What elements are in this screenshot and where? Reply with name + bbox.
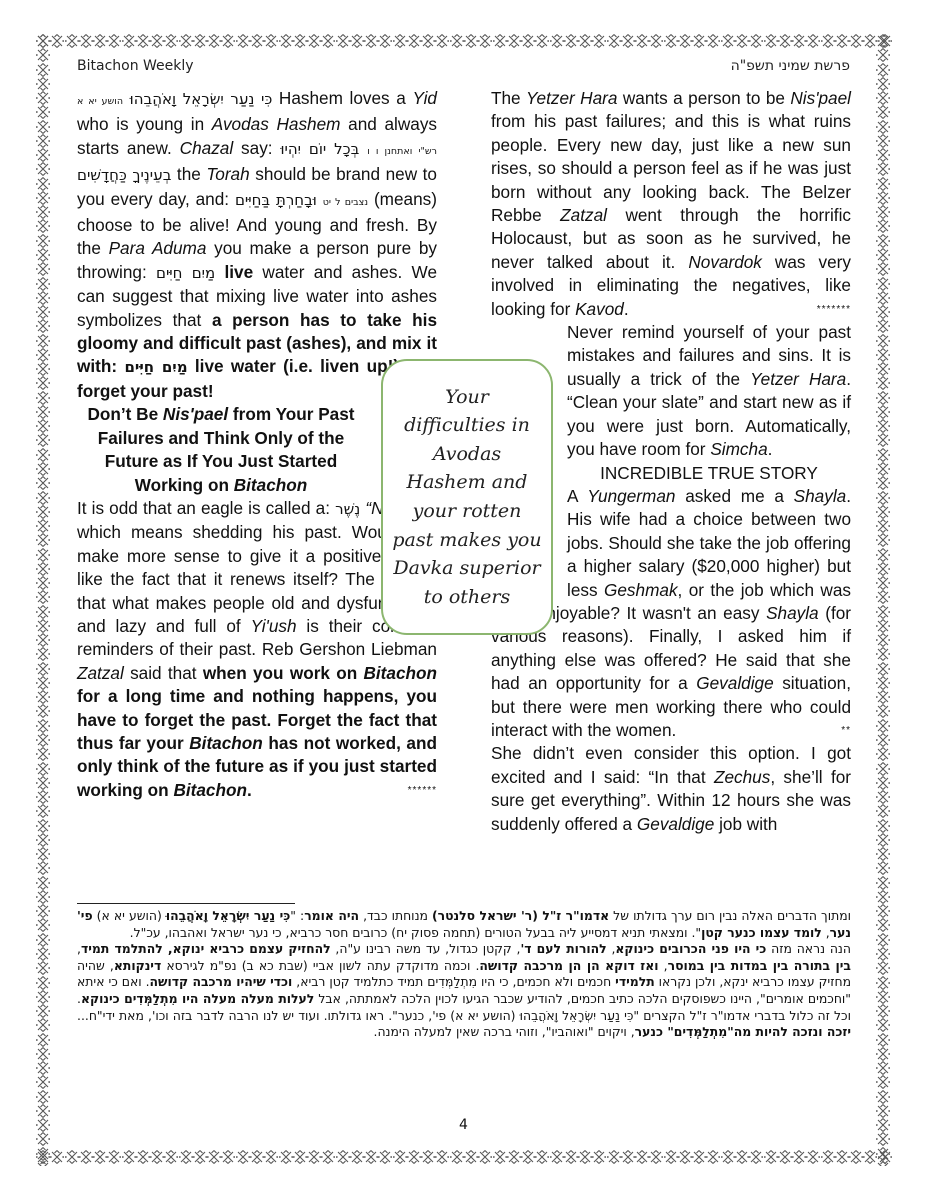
italic-term: Zatzal (77, 663, 124, 683)
border-knot-icon (764, 34, 778, 48)
border-knot-icon (36, 319, 50, 333)
italic-term: Yungerman (587, 486, 675, 506)
border-knot-icon (36, 362, 50, 376)
border-knot-icon (876, 562, 890, 576)
border-knot-icon (36, 291, 50, 305)
border-knot-icon (336, 1150, 350, 1164)
border-knot-icon (493, 1150, 507, 1164)
bold-text: היה אומר (304, 908, 359, 923)
border-knot-icon (307, 34, 321, 48)
border-knot-icon (849, 34, 863, 48)
bold-text: לעלות מעלה מעלה היו מִתְלַמְּדִים כינוקא (81, 991, 314, 1006)
border-knot-icon (876, 1161, 890, 1166)
italic-term: Nis'pael (163, 404, 228, 424)
intro-paragraph: הושע יא א כִּי נַעַר יִשְׂרָאֵל וָאֹהֲבֵ… (77, 87, 437, 403)
border-knot-icon (107, 34, 121, 48)
border-knot-icon (307, 1150, 321, 1164)
footnote-2: הנה נראה מזה כי היו פני הכרובים כינוקא, … (77, 941, 851, 1041)
footnote-1: ומתוך הדברים האלה נבין רום ערך גדולתו של… (77, 908, 851, 941)
border-knot-icon (876, 77, 890, 91)
border-knot-icon (350, 1150, 364, 1164)
border-knot-icon (36, 819, 50, 833)
text: A (567, 486, 587, 506)
border-knot-icon (876, 662, 890, 676)
italic-term: Zatzal (560, 205, 607, 225)
page-border-top (36, 34, 892, 50)
border-knot-icon (876, 704, 890, 718)
border-knot-icon (493, 34, 507, 48)
border-knot-icon (764, 1150, 778, 1164)
bold-text: בין בתורה בין במדות בין במוסר (668, 958, 851, 973)
border-knot-icon (164, 34, 178, 48)
border-knot-icon (36, 1147, 50, 1161)
border-knot-icon (279, 34, 293, 48)
border-knot-icon (250, 1150, 264, 1164)
border-knot-icon (464, 1150, 478, 1164)
border-knot-icon (36, 162, 50, 176)
border-knot-icon (876, 419, 890, 433)
border-knot-icon (678, 1150, 692, 1164)
border-knot-icon (735, 1150, 749, 1164)
text: wants a person to be (617, 88, 790, 108)
border-knot-icon (36, 48, 50, 62)
border-knot-icon (321, 34, 335, 48)
border-knot-icon (649, 34, 663, 48)
border-knot-icon (806, 1150, 820, 1164)
border-knot-icon (36, 105, 50, 119)
border-knot-icon (36, 562, 50, 576)
border-knot-icon (507, 1150, 521, 1164)
bold-text: תלמידי (615, 974, 655, 989)
border-knot-icon (876, 405, 890, 419)
italic-term: Shayla (794, 486, 847, 506)
border-knot-icon (876, 861, 890, 875)
border-knot-icon (250, 34, 264, 48)
border-knot-icon (36, 1161, 50, 1166)
border-knot-icon (876, 633, 890, 647)
border-knot-icon (876, 319, 890, 333)
border-knot-icon (876, 533, 890, 547)
border-knot-icon (36, 191, 50, 205)
border-knot-icon (821, 34, 835, 48)
border-knot-icon (36, 676, 50, 690)
border-knot-icon (778, 1150, 792, 1164)
border-knot-icon (193, 1150, 207, 1164)
text: הנה נראה מזה (766, 941, 851, 956)
border-knot-icon (876, 476, 890, 490)
border-knot-icon (876, 134, 890, 148)
border-knot-icon (36, 405, 50, 419)
text: : " (290, 908, 304, 923)
border-knot-icon (792, 34, 806, 48)
text: (הושע יא א) (93, 908, 166, 923)
text: , (659, 958, 668, 973)
border-knot-icon (50, 34, 64, 48)
border-knot-icon (876, 219, 890, 233)
border-knot-icon (876, 1147, 890, 1161)
border-knot-icon (293, 1150, 307, 1164)
bold-text: דינקותא (114, 958, 161, 973)
border-knot-icon (36, 277, 50, 291)
border-knot-icon (36, 976, 50, 990)
bold-text: . (247, 780, 252, 800)
text: Hashem loves a (272, 88, 412, 108)
text: . (768, 439, 773, 459)
border-knot-icon (264, 1150, 278, 1164)
border-knot-icon (36, 63, 50, 77)
border-knot-icon (876, 776, 890, 790)
border-knot-icon (876, 790, 890, 804)
border-knot-icon (65, 1150, 79, 1164)
border-knot-icon (36, 762, 50, 776)
footnote-separator (77, 903, 295, 904)
border-knot-icon (36, 662, 50, 676)
text: say: (233, 138, 280, 158)
border-knot-icon (876, 548, 890, 562)
border-knot-icon (36, 448, 50, 462)
border-knot-icon (36, 419, 50, 433)
border-knot-icon (706, 34, 720, 48)
border-knot-icon (36, 733, 50, 747)
border-knot-icon (36, 776, 50, 790)
footnotes: ומתוך הדברים האלה נבין רום ערך גדולתו של… (77, 908, 851, 1041)
text: , (822, 925, 830, 940)
bold-italic-term: Bitachon (189, 733, 263, 753)
bold-text: וכדי שיהיו מרכבה קדושה (150, 974, 293, 989)
border-knot-icon (876, 348, 890, 362)
border-knot-icon (221, 1150, 235, 1164)
border-knot-icon (876, 1075, 890, 1089)
border-knot-icon (421, 34, 435, 48)
section-divider-stars: ** (841, 719, 851, 742)
italic-term: Gevaldige (637, 814, 714, 834)
page-border-left (36, 34, 52, 1166)
border-knot-icon (36, 790, 50, 804)
border-knot-icon (550, 34, 564, 48)
text: job with (714, 814, 777, 834)
border-knot-icon (876, 448, 890, 462)
border-knot-icon (876, 262, 890, 276)
text: who is young in (77, 114, 212, 134)
border-knot-icon (578, 34, 592, 48)
border-knot-icon (876, 747, 890, 761)
border-knot-icon (36, 1075, 50, 1089)
border-knot-icon (876, 162, 890, 176)
border-knot-icon (36, 1090, 50, 1104)
border-knot-icon (36, 876, 50, 890)
border-knot-icon (36, 647, 50, 661)
border-knot-icon (221, 34, 235, 48)
border-knot-icon (876, 505, 890, 519)
border-knot-icon (393, 34, 407, 48)
border-knot-icon (364, 1150, 378, 1164)
border-knot-icon (364, 34, 378, 48)
source-citation: נצבים ל יט (323, 197, 368, 208)
italic-term: Avodas Hashem (212, 114, 341, 134)
border-knot-icon (36, 376, 50, 390)
border-knot-icon (36, 947, 50, 961)
border-knot-icon (36, 619, 50, 633)
border-knot-icon (36, 177, 50, 191)
italic-term: Yi'ush (251, 616, 297, 636)
border-knot-icon (336, 34, 350, 48)
border-knot-icon (36, 77, 50, 91)
italic-term: Nis'pael (790, 88, 851, 108)
border-knot-icon (36, 533, 50, 547)
border-knot-icon (207, 34, 221, 48)
border-knot-icon (36, 719, 50, 733)
border-knot-icon (564, 34, 578, 48)
text: . (624, 299, 629, 319)
border-knot-icon (535, 34, 549, 48)
border-knot-icon (150, 34, 164, 48)
border-knot-icon (876, 334, 890, 348)
border-knot-icon (36, 1132, 50, 1146)
bold-text: להחזיק עצמם כרביא ינוקא, להתלמד תמיד (81, 941, 331, 956)
border-knot-icon (36, 1033, 50, 1047)
border-knot-icon (876, 890, 890, 904)
border-knot-icon (876, 234, 890, 248)
border-knot-icon (876, 676, 890, 690)
border-knot-icon (36, 1047, 50, 1061)
border-knot-icon (36, 1061, 50, 1075)
italic-term: Gevaldige (696, 673, 773, 693)
border-knot-icon (721, 34, 735, 48)
italic-term: Yetzer Hara (750, 369, 846, 389)
text: said that (124, 663, 203, 683)
border-knot-icon (876, 433, 890, 447)
hebrew-verse: מַיִם חַיִּים (124, 358, 187, 376)
border-knot-icon (478, 34, 492, 48)
border-knot-icon (607, 34, 621, 48)
border-knot-icon (321, 1150, 335, 1164)
bold-italic-term: Bitachon (363, 663, 437, 683)
border-knot-icon (835, 34, 849, 48)
border-knot-icon (36, 433, 50, 447)
border-knot-icon (36, 804, 50, 818)
border-knot-icon (876, 590, 890, 604)
story-continuation-paragraph: She didn’t even consider this option. I … (491, 742, 851, 836)
border-knot-icon (293, 34, 307, 48)
border-knot-icon (79, 34, 93, 48)
source-citation: הושע יא א (77, 96, 123, 107)
border-knot-icon (876, 519, 890, 533)
border-knot-icon (876, 177, 890, 191)
border-knot-icon (876, 819, 890, 833)
italic-term: Simcha (710, 439, 767, 459)
border-knot-icon (876, 690, 890, 704)
border-knot-icon (592, 34, 606, 48)
hebrew-verse: מַיִם חַיִּים (156, 264, 215, 282)
border-knot-icon (36, 690, 50, 704)
bold-text: אדמו"ר ז"ל (ר' ישראל סלנטר) (432, 908, 609, 923)
text: Don’t Be (87, 404, 162, 424)
border-knot-icon (393, 1150, 407, 1164)
border-knot-icon (36, 134, 50, 148)
border-knot-icon (36, 348, 50, 362)
border-knot-icon (378, 34, 392, 48)
border-knot-icon (876, 1004, 890, 1018)
italic-term: Yetzer Hara (526, 88, 617, 108)
border-knot-icon (876, 120, 890, 134)
border-knot-icon (749, 34, 763, 48)
border-knot-icon (36, 34, 50, 48)
border-knot-icon (876, 1047, 890, 1061)
border-knot-icon (876, 362, 890, 376)
border-knot-icon (876, 876, 890, 890)
border-knot-icon (421, 1150, 435, 1164)
border-knot-icon (876, 619, 890, 633)
hebrew-verse: בְּכָל יוֹם יִהְיוּ (280, 140, 359, 158)
border-knot-icon (193, 34, 207, 48)
border-knot-icon (450, 1150, 464, 1164)
bold-text: להורות לעם ד' (520, 941, 606, 956)
border-knot-icon (876, 34, 890, 48)
border-knot-icon (876, 961, 890, 975)
border-knot-icon (93, 1150, 107, 1164)
border-knot-icon (122, 1150, 136, 1164)
border-knot-icon (876, 1061, 890, 1075)
italic-term: Torah (206, 164, 249, 184)
bold-text: ואז דוקא הן הן מרכבה קדושה (479, 958, 658, 973)
text: חכמים ולא חכמים, כי היו מִתְלַמְּדִים תמ… (292, 974, 615, 989)
border-knot-icon (835, 1150, 849, 1164)
border-knot-icon (207, 1150, 221, 1164)
border-knot-icon (876, 48, 890, 62)
border-knot-icon (876, 990, 890, 1004)
border-knot-icon (36, 961, 50, 975)
border-knot-icon (236, 34, 250, 48)
border-knot-icon (876, 976, 890, 990)
border-knot-icon (876, 391, 890, 405)
border-knot-icon (876, 491, 890, 505)
border-knot-icon (36, 262, 50, 276)
page-border-right (876, 34, 892, 1166)
pull-quote-text: Your difficulties in Avodas Hashem and y… (392, 383, 542, 612)
border-knot-icon (435, 1150, 449, 1164)
hebrew-word: נֶשֶׁר (335, 500, 360, 518)
border-knot-icon (535, 1150, 549, 1164)
border-knot-icon (136, 1150, 150, 1164)
border-knot-icon (407, 34, 421, 48)
border-knot-icon (806, 34, 820, 48)
border-knot-icon (279, 1150, 293, 1164)
yetzer-hara-paragraph: The Yetzer Hara wants a person to be Nis… (491, 87, 851, 321)
border-knot-icon (521, 1150, 535, 1164)
border-knot-icon (735, 34, 749, 48)
border-knot-icon (36, 704, 50, 718)
border-knot-icon (236, 1150, 250, 1164)
border-knot-icon (36, 904, 50, 918)
border-knot-icon (179, 34, 193, 48)
border-knot-icon (876, 576, 890, 590)
border-knot-icon (664, 34, 678, 48)
border-knot-icon (36, 391, 50, 405)
parsha-title: פרשת שמיני תשפ"ה (731, 58, 850, 74)
source-citation: רש"י ואתחנן ו ו (367, 146, 437, 157)
italic-term: Kavod (575, 299, 624, 319)
bold-text: לומד עצמו כנער קטן (701, 925, 822, 940)
border-knot-icon (36, 548, 50, 562)
text: the (171, 164, 206, 184)
border-knot-icon (36, 205, 50, 219)
border-knot-icon (635, 1150, 649, 1164)
border-knot-icon (778, 34, 792, 48)
text: ". ומצאתי תניא דמסייע ליה בבעל הטורים (ת… (130, 925, 702, 940)
border-knot-icon (876, 804, 890, 818)
text: , קקטן כגדול, עד משה רבינו ע"ה, (331, 941, 521, 956)
border-knot-icon (876, 91, 890, 105)
border-knot-icon (621, 1150, 635, 1164)
border-knot-icon (36, 519, 50, 533)
border-knot-icon (36, 462, 50, 476)
border-knot-icon (876, 148, 890, 162)
border-knot-icon (876, 904, 890, 918)
italic-term: Bitachon (234, 475, 308, 495)
border-knot-icon (876, 248, 890, 262)
border-knot-icon (350, 34, 364, 48)
page-border-bottom (36, 1150, 892, 1166)
border-knot-icon (150, 1150, 164, 1164)
border-knot-icon (36, 91, 50, 105)
border-knot-icon (36, 590, 50, 604)
italic-term: Zechus (714, 767, 770, 787)
publication-title: Bitachon Weekly (77, 58, 194, 74)
border-knot-icon (36, 633, 50, 647)
border-knot-icon (876, 947, 890, 961)
border-knot-icon (876, 719, 890, 733)
border-knot-icon (36, 505, 50, 519)
border-knot-icon (36, 861, 50, 875)
border-knot-icon (876, 762, 890, 776)
section-divider-stars: ****** (408, 779, 437, 802)
border-knot-icon (93, 34, 107, 48)
border-knot-icon (50, 1150, 64, 1164)
border-knot-icon (876, 1033, 890, 1047)
border-knot-icon (179, 1150, 193, 1164)
border-knot-icon (164, 1150, 178, 1164)
border-knot-icon (36, 219, 50, 233)
italic-term: Geshmak (604, 580, 678, 600)
bold-text: כִּי נַעַר יִשְׂרָאֵל וָאֹהֲבֵהוּ (166, 908, 290, 923)
border-knot-icon (264, 34, 278, 48)
italic-term: Yid (412, 88, 437, 108)
border-knot-icon (107, 1150, 121, 1164)
border-knot-icon (876, 605, 890, 619)
hebrew-verse: כִּי נַעַר יִשְׂרָאֵל וָאֹהֲבֵהוּ (130, 90, 273, 108)
border-knot-icon (65, 34, 79, 48)
bold-text: יזכה ונזכה להיות מה"מִתְלַמְּדִים" כנער (635, 1024, 851, 1039)
text: . וכמה מדוקדק עתה לשון אביי (שבת כא ב) נ… (161, 958, 479, 973)
border-knot-icon (592, 1150, 606, 1164)
border-knot-icon (821, 1150, 835, 1164)
bold-text: live (215, 262, 253, 282)
text: מנוחתו כבד, (359, 908, 432, 923)
section-divider-stars: ******* (817, 298, 851, 321)
text: It is odd that an eagle is called a: (77, 498, 335, 518)
border-knot-icon (36, 890, 50, 904)
border-knot-icon (36, 747, 50, 761)
border-knot-icon (876, 918, 890, 932)
border-knot-icon (36, 148, 50, 162)
border-knot-icon (36, 491, 50, 505)
border-knot-icon (876, 833, 890, 847)
border-knot-icon (36, 305, 50, 319)
border-knot-icon (607, 1150, 621, 1164)
border-knot-icon (378, 1150, 392, 1164)
border-knot-icon (36, 833, 50, 847)
border-knot-icon (36, 234, 50, 248)
